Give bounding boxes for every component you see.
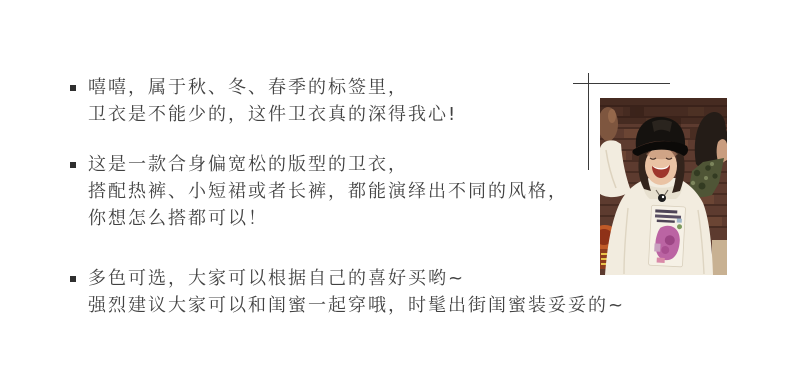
bullet-line: 这是一款合身偏宽松的版型的卫衣， bbox=[88, 151, 568, 178]
bullet-line: 你想怎么搭都可以！ bbox=[88, 205, 568, 232]
bullet-text-1: 嘻嘻，属于秋、冬、春季的标签里， 卫衣是不能少的，这件卫衣真的深得我心! bbox=[88, 74, 457, 128]
model-photo-illustration bbox=[600, 98, 727, 275]
bullet-item-1: 嘻嘻，属于秋、冬、春季的标签里， 卫衣是不能少的，这件卫衣真的深得我心! bbox=[70, 74, 457, 128]
bullet-line: 嘻嘻，属于秋、冬、春季的标签里， bbox=[88, 74, 457, 101]
bullet-square-icon bbox=[70, 162, 76, 168]
bullet-square-icon bbox=[70, 276, 76, 282]
bullet-item-3: 多色可选，大家可以根据自己的喜好买哟~ 强烈建议大家可以和闺蜜一起穿哦，时髦出街… bbox=[70, 265, 625, 319]
bullet-line: 多色可选，大家可以根据自己的喜好买哟~ bbox=[88, 265, 625, 292]
bullet-line: 搭配热裤、小短裙或者长裤，都能演绎出不同的风格， bbox=[88, 178, 568, 205]
bullet-square-icon bbox=[70, 85, 76, 91]
bullet-item-2: 这是一款合身偏宽松的版型的卫衣， 搭配热裤、小短裙或者长裤，都能演绎出不同的风格… bbox=[70, 151, 568, 232]
bullet-line: 卫衣是不能少的，这件卫衣真的深得我心! bbox=[88, 101, 457, 128]
bullet-line: 强烈建议大家可以和闺蜜一起穿哦，时髦出街闺蜜装妥妥的~ bbox=[88, 292, 625, 319]
crosshair-horizontal-line bbox=[573, 83, 670, 84]
model-photo bbox=[600, 98, 727, 275]
bullet-text-3: 多色可选，大家可以根据自己的喜好买哟~ 强烈建议大家可以和闺蜜一起穿哦，时髦出街… bbox=[88, 265, 625, 319]
crosshair-vertical-line bbox=[588, 73, 589, 170]
bullet-text-2: 这是一款合身偏宽松的版型的卫衣， 搭配热裤、小短裙或者长裤，都能演绎出不同的风格… bbox=[88, 151, 568, 232]
